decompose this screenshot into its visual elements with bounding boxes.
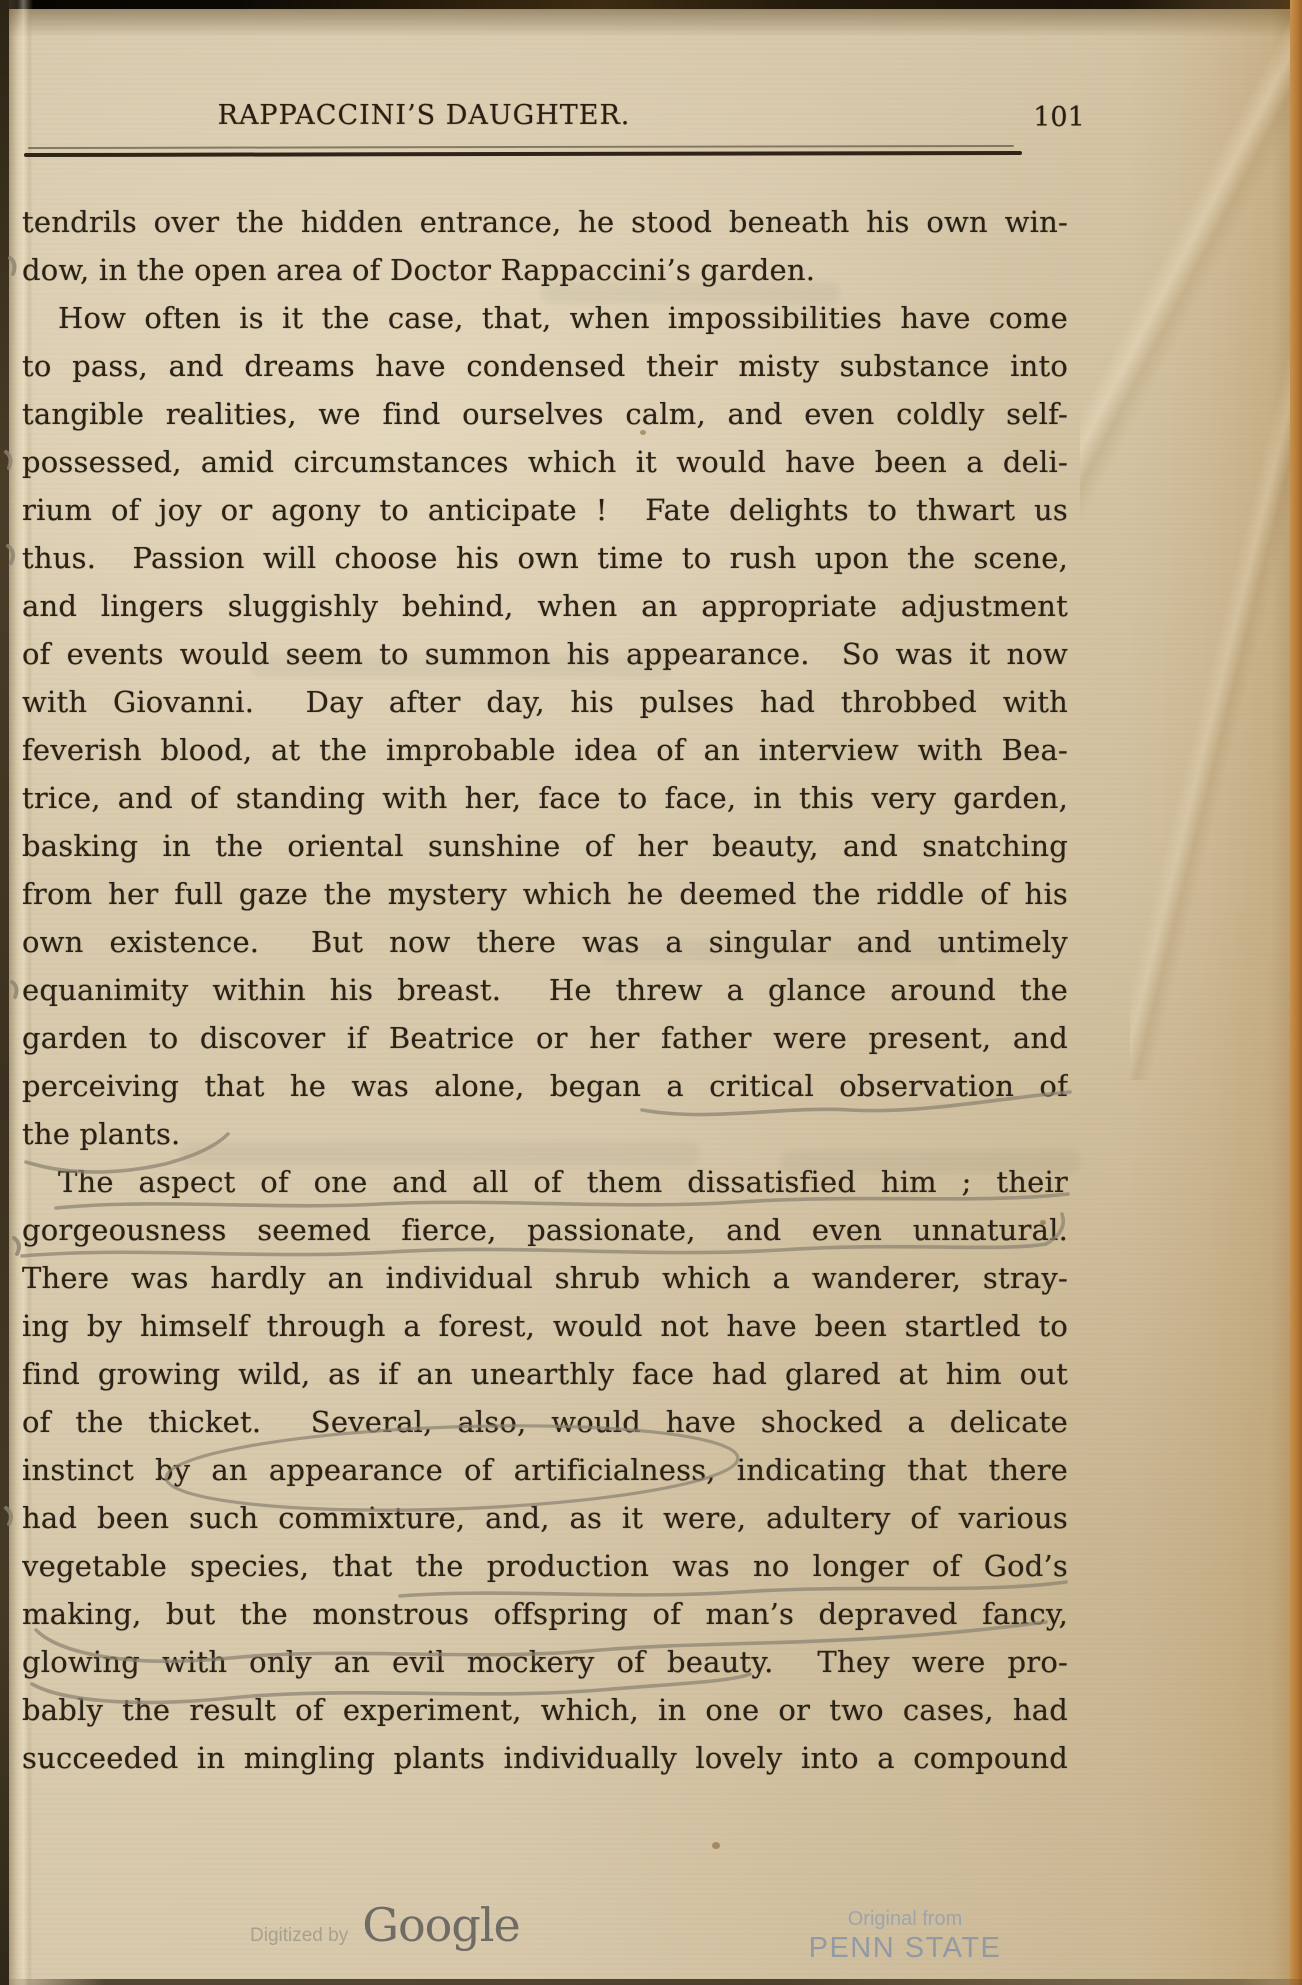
text-line: to pass, and dreams have condensed their… — [22, 342, 1068, 390]
page-edge-strip — [1290, 0, 1302, 1985]
text-line: vegetable species, that the production w… — [22, 1542, 1068, 1590]
text-line: gorgeousness seemed fierce, passionate, … — [22, 1206, 1068, 1254]
text-line: possessed, amid circumstances which it w… — [22, 438, 1068, 486]
text-line: with Giovanni. Day after day, his pulses… — [22, 678, 1068, 726]
text-line: thus. Passion will choose his own time t… — [22, 534, 1068, 582]
institution-watermark: Original from PENN STATE — [770, 1906, 1040, 1964]
page-number: 101 — [1014, 102, 1104, 133]
text-line: find growing wild, as if an unearthly fa… — [22, 1350, 1068, 1398]
text-line: tangible realities, we find ourselves ca… — [22, 390, 1068, 438]
scan-left-edge — [0, 0, 9, 1985]
text-line: ing by himself through a forest, would n… — [22, 1302, 1068, 1350]
scan-bottom-edge — [0, 1979, 1302, 1985]
text-line: from her full gaze the mystery which he … — [22, 870, 1068, 918]
text-line: equanimity within his breast. He threw a… — [22, 966, 1068, 1014]
text-line: How often is it the case, that, when imp… — [22, 294, 1068, 342]
text-line: trice, and of standing with her, face to… — [22, 774, 1068, 822]
text-line: rium of joy or agony to anticipate ! Fat… — [22, 486, 1068, 534]
body-text: tendrils over the hidden entrance, he st… — [22, 198, 1068, 1782]
text-line: glowing with only an evil mockery of bea… — [22, 1638, 1068, 1686]
text-line: tendrils over the hidden entrance, he st… — [22, 198, 1068, 246]
text-line: had been such commixture, and, as it wer… — [22, 1494, 1068, 1542]
text-line: of the thicket. Several, also, would hav… — [22, 1398, 1068, 1446]
google-logo: Google — [362, 1898, 520, 1952]
text-line: There was hardly an individual shrub whi… — [22, 1254, 1068, 1302]
text-line: feverish blood, at the improbable idea o… — [22, 726, 1068, 774]
text-line: instinct by an appearance of artificialn… — [22, 1446, 1068, 1494]
text-line: succeeded in mingling plants individuall… — [22, 1734, 1068, 1782]
google-watermark: Digitized by Google — [250, 1898, 520, 1952]
text-line: making, but the monstrous offspring of m… — [22, 1590, 1068, 1638]
text-line: and lingers sluggishly behind, when an a… — [22, 582, 1068, 630]
digitized-by-label: Digitized by — [250, 1925, 348, 1947]
text-line: basking in the oriental sunshine of her … — [22, 822, 1068, 870]
text-line: The aspect of one and all of them dissat… — [22, 1158, 1068, 1206]
institution-name: PENN STATE — [770, 1932, 1040, 1964]
text-line: perceiving that he was alone, began a cr… — [22, 1062, 1068, 1110]
foxing-speck — [712, 1842, 720, 1849]
text-line: own existence. But now there was a singu… — [22, 918, 1068, 966]
original-from-label: Original from — [770, 1906, 1040, 1932]
text-line: bably the result of experiment, which, i… — [22, 1686, 1068, 1734]
text-line: of events would seem to summon his appea… — [22, 630, 1068, 678]
text-line: the plants. — [22, 1110, 1068, 1158]
text-line: garden to discover if Beatrice or her fa… — [22, 1014, 1068, 1062]
book-page-scan: RAPPACCINI’S DAUGHTER. 101 tendrils over… — [0, 0, 1302, 1985]
header-rule — [24, 151, 1022, 157]
text-line: dow, in the open area of Doctor Rappacci… — [22, 246, 1068, 294]
paper-crease — [1130, 320, 1302, 1080]
running-head-title: RAPPACCINI’S DAUGHTER. — [24, 100, 824, 131]
